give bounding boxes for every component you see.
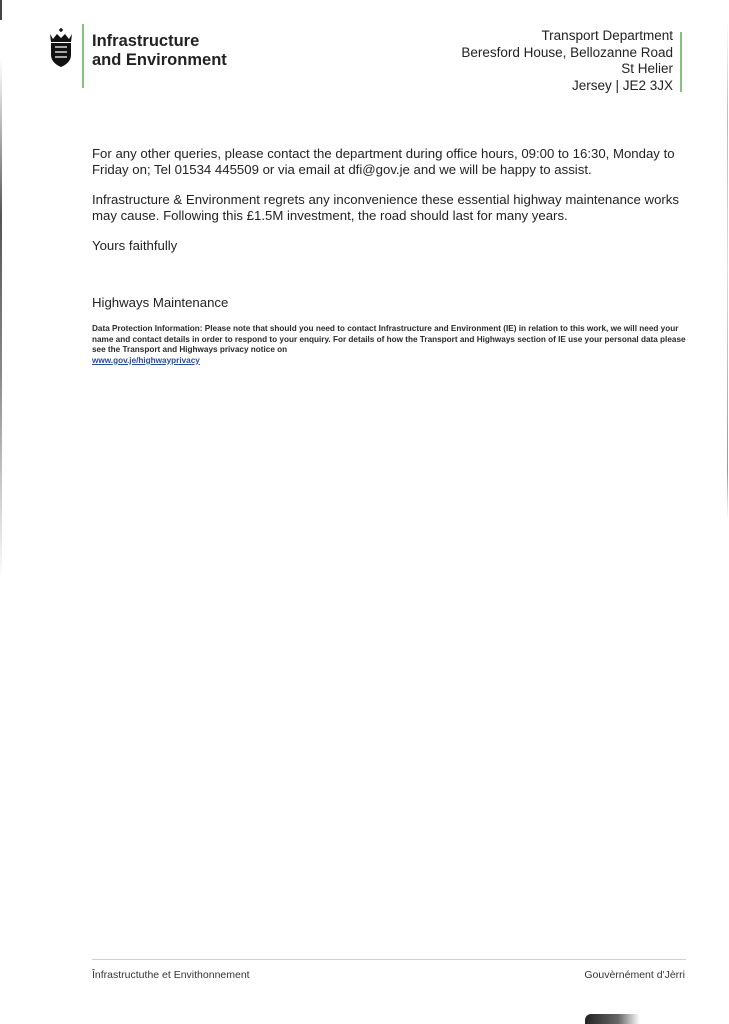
department-logo: Infrastructure and Environment — [48, 28, 227, 88]
contact-paragraph: For any other queries, please contact th… — [92, 146, 679, 178]
data-protection-text: Data Protection Information: Please note… — [92, 324, 686, 354]
footer-government-jerriais: Gouvèrnément d'Jèrri — [584, 969, 685, 981]
logo-divider — [82, 24, 84, 88]
signature: Highways Maintenance — [92, 295, 679, 311]
address-divider — [680, 32, 682, 92]
closing-salutation: Yours faithfully — [92, 238, 679, 254]
address-line-street: Beresford House, Bellozanne Road — [461, 45, 673, 62]
address-line-town: St Helier — [461, 61, 673, 78]
scan-edge-artifact — [0, 60, 2, 580]
address-line-department: Transport Department — [461, 28, 673, 45]
sender-address: Transport Department Beresford House, Be… — [461, 28, 673, 94]
data-protection-notice: Data Protection Information: Please note… — [92, 324, 692, 366]
department-name-line2: and Environment — [92, 51, 227, 70]
scan-edge-artifact — [727, 20, 728, 520]
footer-department-jerriais: Înfrastructuthe et Envithonnement — [92, 969, 250, 981]
apology-paragraph: Infrastructure & Environment regrets any… — [92, 192, 679, 224]
footer-divider — [92, 959, 686, 960]
scan-smudge-artifact — [585, 1014, 640, 1024]
privacy-link[interactable]: www.gov.je/highwayprivacy — [92, 356, 200, 365]
department-name: Infrastructure and Environment — [92, 32, 227, 70]
department-name-line1: Infrastructure — [92, 32, 227, 51]
jersey-crest-icon — [48, 28, 74, 68]
address-line-postcode: Jersey | JE2 3JX — [461, 78, 673, 95]
scan-edge-artifact — [0, 0, 2, 20]
